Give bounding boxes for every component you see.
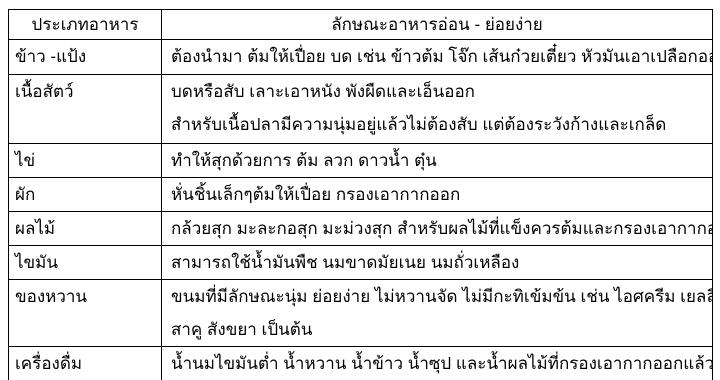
description-line: ขนมที่มีลักษณะนุ่ม ย่อยง่าย ไม่หวานจัด ไ… bbox=[171, 280, 712, 313]
food-type-label: ข้าว -แป้ง bbox=[15, 40, 161, 74]
description-line: บดหรือสับ เลาะเอาหนัง พังผืดและเอ็นออก bbox=[171, 75, 712, 108]
food-type-label: ผัก bbox=[15, 178, 161, 211]
header-soft-food-characteristics-label: ลักษณะอาหารอ่อน - ย่อยง่าย bbox=[162, 10, 712, 39]
food-type-label: ไข่ bbox=[15, 144, 161, 177]
food-type-label: ไขมัน bbox=[15, 246, 161, 279]
food-types-table: ประเภทอาหาร ลักษณะอาหารอ่อน - ย่อยง่าย ข… bbox=[8, 9, 713, 380]
description-cell: น้ำนมไขมันต่ำ น้ำหวาน น้ำข้าว น้ำซุป และ… bbox=[162, 347, 713, 380]
description-cell: บดหรือสับ เลาะเอาหนัง พังผืดและเอ็นออก ส… bbox=[162, 75, 713, 144]
food-type-cell: ไข่ bbox=[9, 144, 162, 178]
food-type-cell: เครื่องดื่ม bbox=[9, 347, 162, 380]
food-type-label: เนื้อสัตว์ bbox=[15, 75, 161, 108]
food-type-label: ของหวาน bbox=[15, 280, 161, 313]
description-line: หั่นชิ้นเล็กๆต้มให้เปื่อย กรองเอากากออก bbox=[171, 178, 712, 211]
food-type-label: ผลไม้ bbox=[15, 212, 161, 245]
food-type-cell: ผัก bbox=[9, 178, 162, 212]
food-type-cell: ของหวาน bbox=[9, 280, 162, 347]
food-type-cell: ผลไม้ bbox=[9, 212, 162, 246]
food-type-cell: เนื้อสัตว์ bbox=[9, 75, 162, 144]
description-cell: ทำให้สุกด้วยการ ต้ม ลวก ดาวน้ำ ตุ๋น bbox=[162, 144, 713, 178]
description-cell: ต้องนำมา ต้มให้เปื่อย บด เช่น ข้าวต้ม โจ… bbox=[162, 40, 713, 75]
food-type-cell: ไขมัน bbox=[9, 246, 162, 280]
table-row-rice-starch: ข้าว -แป้ง ต้องนำมา ต้มให้เปื่อย บด เช่น… bbox=[9, 40, 713, 75]
header-soft-food-characteristics: ลักษณะอาหารอ่อน - ย่อยง่าย bbox=[162, 10, 713, 40]
description-cell: หั่นชิ้นเล็กๆต้มให้เปื่อย กรองเอากากออก bbox=[162, 178, 713, 212]
food-type-label: เครื่องดื่ม bbox=[15, 347, 161, 380]
table-row-fat: ไขมัน สามารถใช้น้ำมันพืช นมขาดมัยเนย นมถ… bbox=[9, 246, 713, 280]
description-line: สามารถใช้น้ำมันพืช นมขาดมัยเนย นมถั่วเหล… bbox=[171, 246, 712, 279]
description-line: กล้วยสุก มะละกอสุก มะม่วงสุก สำหรับผลไม้… bbox=[171, 212, 712, 245]
header-food-type-label: ประเภทอาหาร bbox=[9, 10, 161, 39]
header-food-type: ประเภทอาหาร bbox=[9, 10, 162, 40]
description-line: ต้องนำมา ต้มให้เปื่อย บด เช่น ข้าวต้ม โจ… bbox=[171, 40, 712, 74]
description-cell: กล้วยสุก มะละกอสุก มะม่วงสุก สำหรับผลไม้… bbox=[162, 212, 713, 246]
table-row-dessert: ของหวาน ขนมที่มีลักษณะนุ่ม ย่อยง่าย ไม่ห… bbox=[9, 280, 713, 347]
description-cell: ขนมที่มีลักษณะนุ่ม ย่อยง่าย ไม่หวานจัด ไ… bbox=[162, 280, 713, 347]
table-row-vegetable: ผัก หั่นชิ้นเล็กๆต้มให้เปื่อย กรองเอากาก… bbox=[9, 178, 713, 212]
description-line: น้ำนมไขมันต่ำ น้ำหวาน น้ำข้าว น้ำซุป และ… bbox=[171, 347, 712, 380]
table-row-beverage: เครื่องดื่ม น้ำนมไขมันต่ำ น้ำหวาน น้ำข้า… bbox=[9, 347, 713, 380]
description-line: สำหรับเนื้อปลามีความนุ่มอยู่แล้วไม่ต้องส… bbox=[171, 108, 712, 141]
table-header-row: ประเภทอาหาร ลักษณะอาหารอ่อน - ย่อยง่าย bbox=[9, 10, 713, 40]
table-row-fruit: ผลไม้ กล้วยสุก มะละกอสุก มะม่วงสุก สำหรั… bbox=[9, 212, 713, 246]
description-line: สาคู สังขยา เป็นต้น bbox=[171, 313, 712, 346]
table-row-egg: ไข่ ทำให้สุกด้วยการ ต้ม ลวก ดาวน้ำ ตุ๋น bbox=[9, 144, 713, 178]
table-row-meat: เนื้อสัตว์ บดหรือสับ เลาะเอาหนัง พังผืดแ… bbox=[9, 75, 713, 144]
description-line: ทำให้สุกด้วยการ ต้ม ลวก ดาวน้ำ ตุ๋น bbox=[171, 144, 712, 177]
description-cell: สามารถใช้น้ำมันพืช นมขาดมัยเนย นมถั่วเหล… bbox=[162, 246, 713, 280]
document-page: ประเภทอาหาร ลักษณะอาหารอ่อน - ย่อยง่าย ข… bbox=[0, 0, 720, 380]
food-type-cell: ข้าว -แป้ง bbox=[9, 40, 162, 75]
